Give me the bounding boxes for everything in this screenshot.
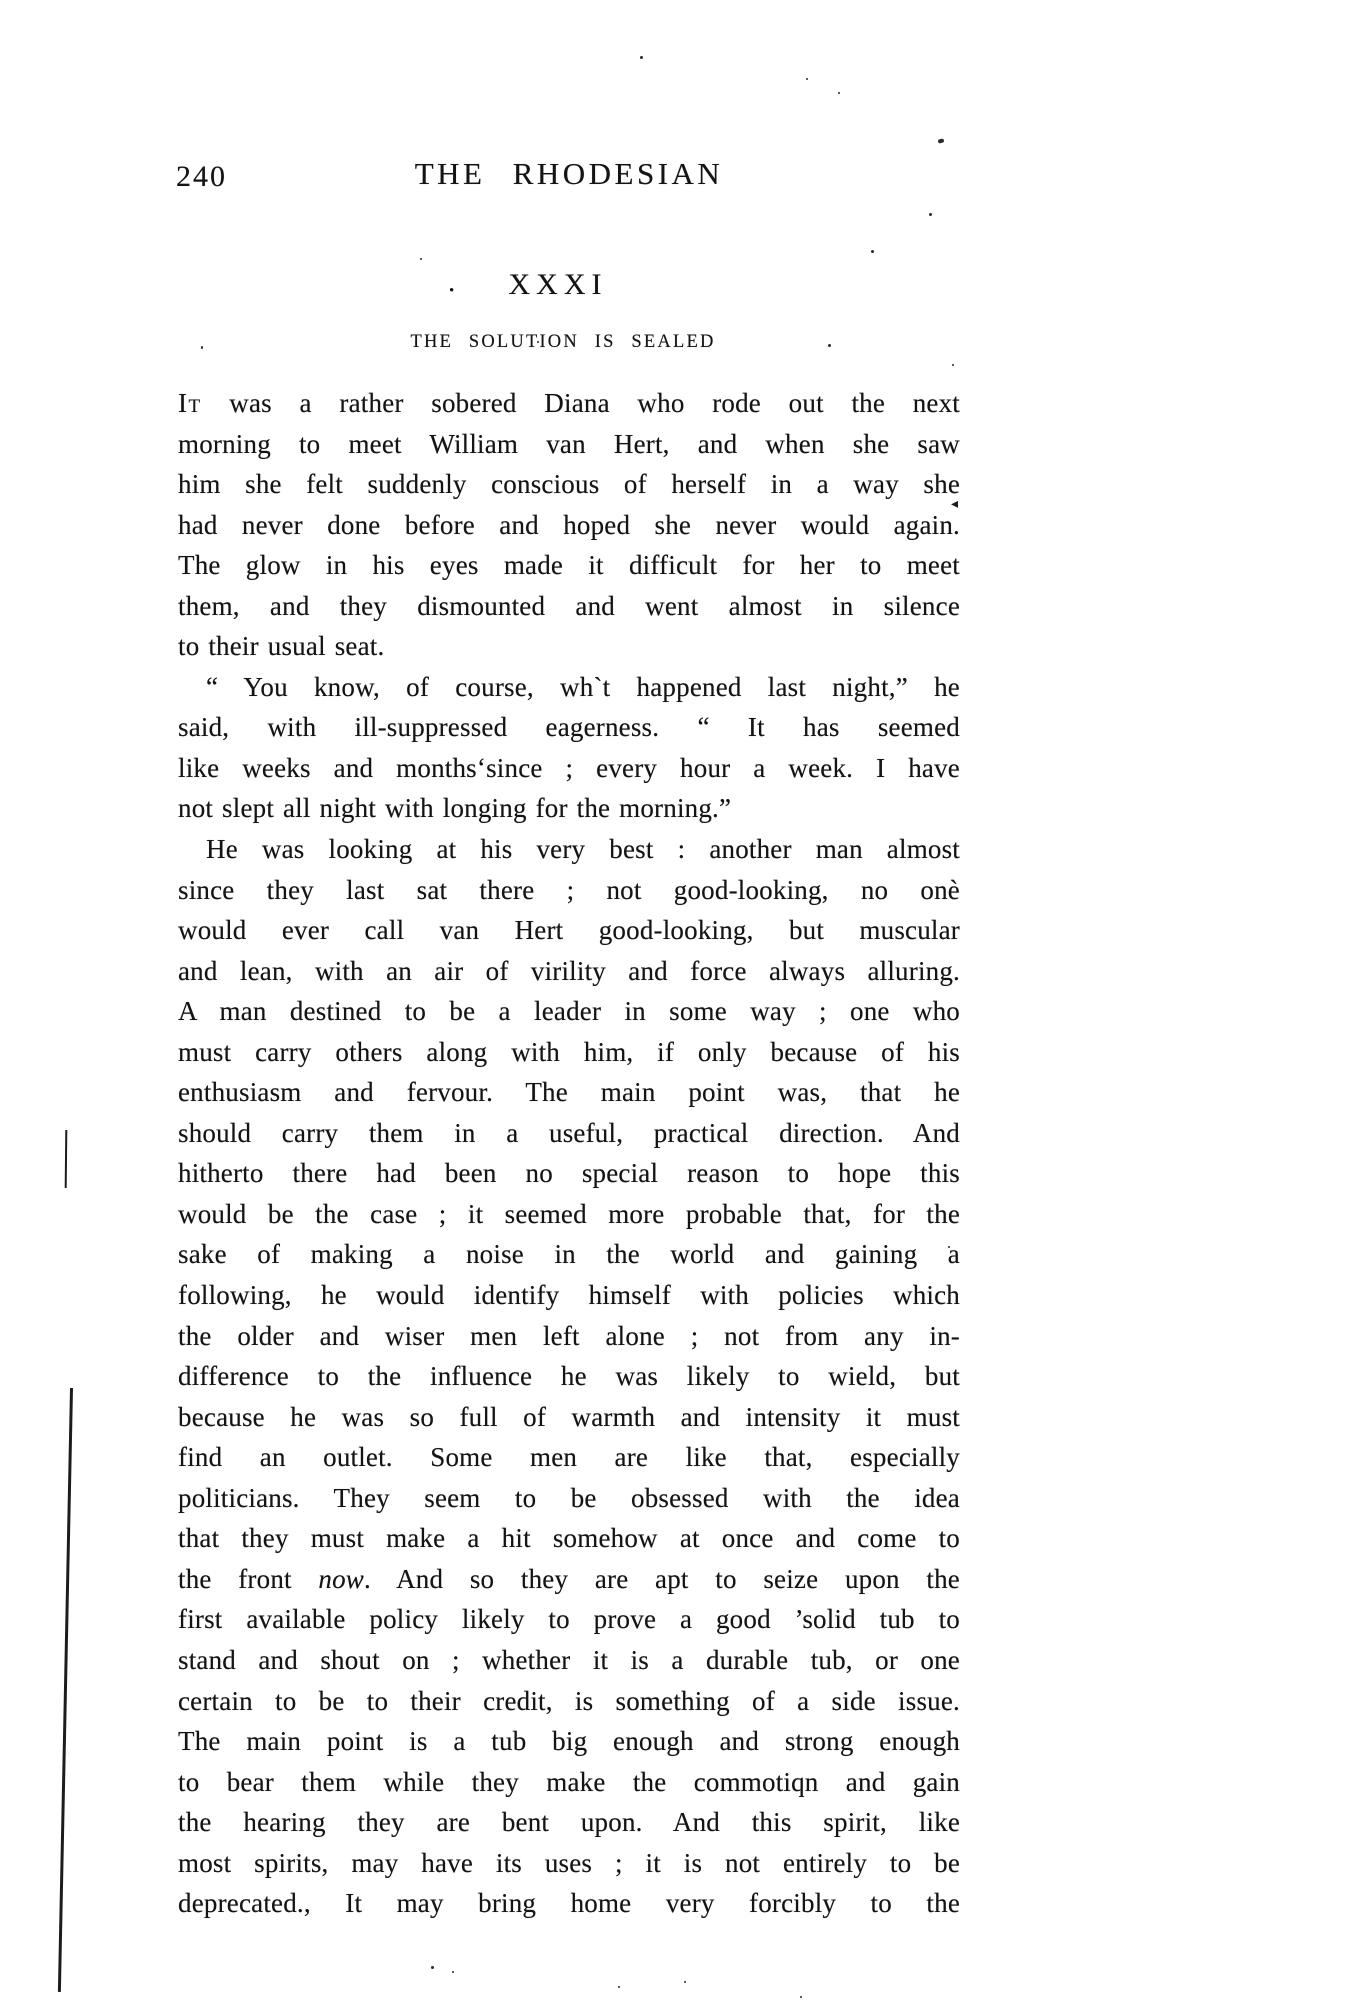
- text-line: enthusiasm and fervour. The main point w…: [178, 1072, 960, 1113]
- text-line: morning to meet William van Hert, and wh…: [178, 424, 960, 465]
- running-title: THE RHODESIAN: [178, 156, 960, 192]
- noise-speck: [452, 1971, 454, 1973]
- text-line: must carry others along with him, if onl…: [178, 1032, 960, 1073]
- text-line: difference to the influence he was likel…: [178, 1356, 960, 1397]
- text-line: them, and they dismounted and went almos…: [178, 586, 960, 627]
- noise-speck: [871, 250, 874, 253]
- noise-speck: [948, 1246, 950, 1248]
- text-line: since they last sat there ; not good-loo…: [178, 870, 960, 911]
- text-line: find an outlet. Some men are like that, …: [178, 1437, 960, 1478]
- text-line: most spirits, may have its uses ; it is …: [178, 1843, 960, 1884]
- text-line: A man destined to be a leader in some wa…: [178, 991, 960, 1032]
- noise-speck: [806, 78, 808, 80]
- text-line: stand and shout on ; whether it is a dur…: [178, 1640, 960, 1681]
- text-line: politicians. They seem to be obsessed wi…: [178, 1478, 960, 1519]
- scan-artifact-line-short: [65, 1130, 68, 1188]
- text-line: had never done before and hoped she neve…: [178, 505, 960, 546]
- body-text: It was a rather sobered Diana who rode o…: [178, 383, 960, 1924]
- text-line: certain to be to their credit, is someth…: [178, 1681, 960, 1722]
- text-line: The main point is a tub big enough and s…: [178, 1721, 960, 1762]
- text-line: him she felt suddenly conscious of herse…: [178, 464, 960, 505]
- text-line: deprecated., It may bring home very forc…: [178, 1883, 960, 1924]
- text-line: would ever call van Hert good-looking, b…: [178, 910, 960, 951]
- noise-speck: [938, 138, 945, 143]
- text-line: following, he would identify himself wit…: [178, 1275, 960, 1316]
- noise-speck: [420, 258, 422, 260]
- text-line: that they must make a hit somehow at onc…: [178, 1518, 960, 1559]
- text-line: first available policy likely to prove a…: [178, 1599, 960, 1640]
- text-line: because he was so full of warmth and int…: [178, 1397, 960, 1438]
- text-line: said, with ill-suppressed eagerness. “ I…: [178, 707, 960, 748]
- text-line: “ You know, of course, wh`t happened las…: [178, 667, 960, 708]
- text-line: The glow in his eyes made it difficult f…: [178, 545, 960, 586]
- text-line: the older and wiser men left alone ; not…: [178, 1316, 960, 1357]
- text-line: to their usual seat.: [178, 626, 960, 667]
- noise-speck: [201, 346, 203, 349]
- noise-speck: [929, 213, 932, 216]
- text-line: and lean, with an air of virility and fo…: [178, 951, 960, 992]
- text-line: to bear them while they make the commoti…: [178, 1762, 960, 1803]
- text-line: He was looking at his very best : anothe…: [178, 829, 960, 870]
- noise-speck: [800, 1996, 802, 1998]
- chapter-subtitle: THE SOLUTION IS SEALED: [178, 332, 948, 353]
- noise-speck: [431, 1966, 434, 1969]
- text-line: the front now. And so they are apt to se…: [178, 1559, 960, 1600]
- scan-artifact-line-long: [58, 1388, 73, 1992]
- chapter-number: XXXI: [178, 268, 938, 302]
- margin-arrow-mark: ◂: [951, 496, 958, 513]
- noise-speck: [618, 1986, 620, 1988]
- text-line: like weeks and months‘since ; every hour…: [178, 748, 960, 789]
- noise-speck: [684, 1981, 686, 1983]
- text-line: should carry them in a useful, practical…: [178, 1113, 960, 1154]
- noise-speck: [952, 364, 954, 366]
- text-line: It was a rather sobered Diana who rode o…: [178, 383, 960, 424]
- text-line: sake of making a noise in the world and …: [178, 1234, 960, 1275]
- text-line: hitherto there had been no special reaso…: [178, 1153, 960, 1194]
- book-page: 240 THE RHODESIAN • XXXI THE SOLUTION IS…: [0, 0, 1346, 2015]
- text-line: the hearing they are bent upon. And this…: [178, 1802, 960, 1843]
- noise-speck: [828, 344, 831, 347]
- noise-speck: [537, 341, 539, 343]
- noise-speck: [640, 56, 643, 59]
- noise-speck: [838, 92, 840, 94]
- text-line: would be the case ; it seemed more proba…: [178, 1194, 960, 1235]
- text-line: not slept all night with longing for the…: [178, 788, 960, 829]
